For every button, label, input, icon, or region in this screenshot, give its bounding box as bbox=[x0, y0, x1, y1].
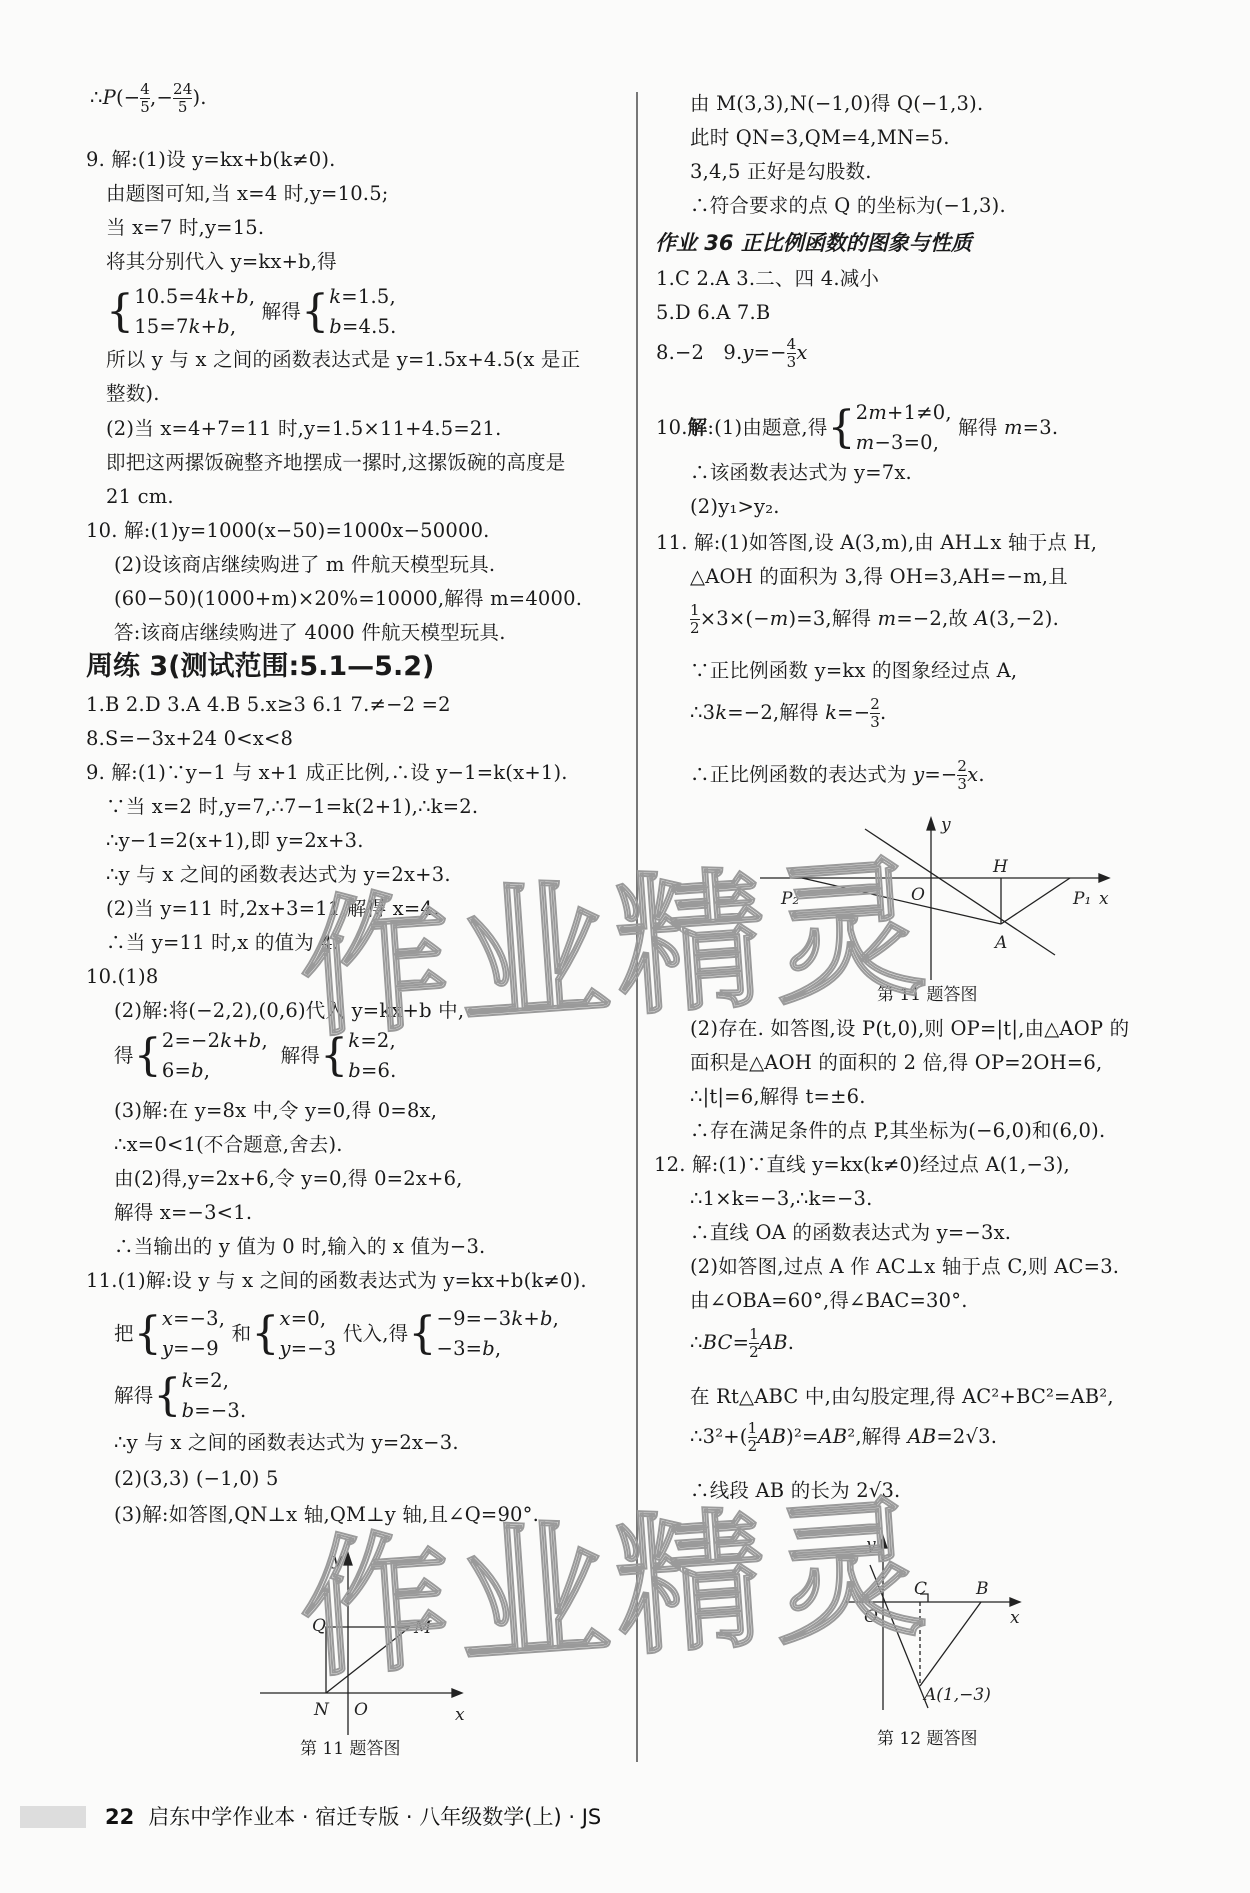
answer-line: 答:该商店继续购进了 4000 件航天模型玩具. bbox=[114, 620, 506, 646]
answer-line: 当 x=7 时,y=15. bbox=[106, 215, 264, 241]
answer-line: 面积是△AOH 的面积的 2 倍,得 OP=2OH=6, bbox=[690, 1050, 1102, 1076]
answer-line: (3)解:如答图,QN⊥x 轴,QM⊥y 轴,且∠Q=90°. bbox=[114, 1502, 539, 1528]
answer-line: 整数). bbox=[106, 381, 160, 407]
footer-decoration bbox=[20, 1806, 86, 1828]
equation-system: 得{2=−2k+b,6=b, 解得{k=2,b=6. bbox=[114, 1030, 397, 1082]
svg-text:M: M bbox=[413, 1618, 432, 1638]
answer-line: ∴y 与 x 之间的函数表达式为 y=2x−3. bbox=[114, 1430, 459, 1456]
answer-line: ∴符合要求的点 Q 的坐标为(−1,3). bbox=[690, 193, 1006, 219]
answer-line: ∴|t|=6,解得 t=±6. bbox=[690, 1084, 866, 1110]
answer-line: ∴线段 AB 的长为 2√3. bbox=[690, 1478, 900, 1504]
svg-text:x: x bbox=[1010, 1608, 1020, 1628]
svg-text:B: B bbox=[975, 1579, 989, 1599]
answer-line: ∴当 y=11 时,x 的值为 4. bbox=[106, 930, 339, 956]
column-divider bbox=[636, 92, 638, 1762]
book-title: 启东中学作业本 · 宿迁专版 · 八年级数学(上) · JS bbox=[148, 1805, 601, 1829]
answer-line: ∴直线 OA 的函数表达式为 y=−3x. bbox=[690, 1220, 1011, 1246]
answer-line: ∴该函数表达式为 y=7x. bbox=[690, 460, 912, 486]
answer-line: ∴BC=12AB. bbox=[690, 1326, 794, 1361]
answer-line: (2)当 y=11 时,2x+3=11,解得 x=4. bbox=[106, 896, 439, 922]
answer-line: 由 M(3,3),N(−1,0)得 Q(−1,3). bbox=[690, 91, 983, 117]
answer-line: (2)如答图,过点 A 作 AC⊥x 轴于点 C,则 AC=3. bbox=[690, 1254, 1119, 1280]
choice-answers: 5.D 6.A 7.B bbox=[656, 300, 770, 326]
figure-11-left: y Q M N O x bbox=[250, 1545, 480, 1735]
section-title: 作业 36 正比例函数的图象与性质 bbox=[655, 229, 972, 257]
answer-line: △AOH 的面积为 3,得 OH=3,AH=−m,且 bbox=[690, 564, 1068, 590]
answer-line: ∵当 x=2 时,y=7,∴7−1=k(2+1),∴k=2. bbox=[106, 794, 478, 820]
figure-caption: 第 12 题答图 bbox=[877, 1728, 977, 1750]
svg-text:H: H bbox=[992, 857, 1009, 877]
svg-text:y: y bbox=[940, 815, 951, 835]
equation-system: 解得{k=2,b=−3. bbox=[114, 1370, 246, 1422]
answer-line: ∴P(−45,−245). bbox=[90, 81, 207, 116]
svg-text:O: O bbox=[354, 1700, 368, 1720]
answer-line: ∴存在满足条件的点 P,其坐标为(−6,0)和(6,0). bbox=[690, 1118, 1105, 1144]
answer-line: (2)设该商店继续购进了 m 件航天模型玩具. bbox=[114, 552, 495, 578]
answer-line: ∴y 与 x 之间的函数表达式为 y=2x+3. bbox=[106, 862, 451, 888]
answer-line: 10. 解:(1)y=1000(x−50)=1000x−50000. bbox=[86, 518, 490, 544]
answer-line: 9. 解:(1)设 y=kx+b(k≠0). bbox=[86, 147, 336, 173]
answer-line: (3)解:在 y=8x 中,令 y=0,得 0=8x, bbox=[114, 1098, 437, 1124]
svg-text:y: y bbox=[865, 1535, 876, 1555]
answer-line: ∴正比例函数的表达式为 y=−23x. bbox=[690, 758, 985, 793]
answer-line: 在 Rt△ABC 中,由勾股定理,得 AC²+BC²=AB², bbox=[690, 1384, 1114, 1410]
answer-line: 9. 解:(1)∵y−1 与 x+1 成正比例,∴设 y−1=k(x+1). bbox=[86, 760, 568, 786]
answer-line: (60−50)(1000+m)×20%=10000,解得 m=4000. bbox=[114, 586, 582, 612]
answer-line: (2)解:将(−2,2),(0,6)代入 y=kx+b 中, bbox=[114, 998, 464, 1024]
svg-text:y: y bbox=[331, 1550, 342, 1570]
answer-line: 3,4,5 正好是勾股数. bbox=[690, 159, 872, 185]
answer-line: 此时 QN=3,QM=4,MN=5. bbox=[690, 125, 950, 151]
answer-line: ∴3²+(12AB)²=AB²,解得 AB=2√3. bbox=[690, 1420, 997, 1455]
svg-text:N: N bbox=[313, 1700, 330, 1720]
answer-line: 21 cm. bbox=[106, 484, 174, 510]
answer-line: ∴1×k=−3,∴k=−3. bbox=[690, 1186, 873, 1212]
page-number: 22 bbox=[105, 1805, 134, 1829]
svg-text:C: C bbox=[914, 1579, 927, 1599]
answer-line: 11. 解:(1)如答图,设 A(3,m),由 AH⊥x 轴于点 H, bbox=[656, 530, 1097, 556]
svg-text:P₂: P₂ bbox=[780, 889, 799, 909]
workbook-page: ∴P(−45,−245). 9. 解:(1)设 y=kx+b(k≠0). 由题图… bbox=[0, 0, 1250, 1893]
svg-text:O: O bbox=[911, 885, 925, 905]
answer-line: (2)y₁>y₂. bbox=[690, 494, 780, 520]
answer-line: 12. 解:(1)∵直线 y=kx(k≠0)经过点 A(1,−3), bbox=[654, 1152, 1070, 1178]
choice-answers: 1.C 2.A 3.二、四 4.减小 bbox=[656, 266, 879, 292]
choice-answers: 1.B 2.D 3.A 4.B 5.x≥3 6.1 7.≠−2 =2 bbox=[86, 692, 451, 718]
answer-line: ∴x=0<1(不合题意,舍去). bbox=[114, 1132, 343, 1158]
answer-line: (2)(3,3) (−1,0) 5 bbox=[114, 1466, 279, 1492]
section-title: 周练 3(测试范围:5.1—5.2) bbox=[86, 650, 434, 684]
equation-system: 把{x=−3,y=−9 和{x=0,y=−3 代入,得{−9=−3k+b,−3=… bbox=[114, 1308, 559, 1360]
answer-line: 即把这两摞饭碗整齐地摆成一摞时,这摞饭碗的高度是 bbox=[106, 450, 566, 476]
answer-line: 所以 y 与 x 之间的函数表达式是 y=1.5x+4.5(x 是正 bbox=[106, 347, 580, 373]
svg-text:O: O bbox=[864, 1607, 878, 1627]
svg-text:Q: Q bbox=[312, 1616, 326, 1636]
svg-text:A(1,−3): A(1,−3) bbox=[922, 1685, 991, 1705]
answer-line: ∴当输出的 y 值为 0 时,输入的 x 值为−3. bbox=[114, 1234, 485, 1260]
answer-line: 将其分别代入 y=kx+b,得 bbox=[106, 249, 337, 275]
answer-line: ∴3k=−2,解得 k=−23. bbox=[690, 696, 886, 731]
choice-answers: 8.S=−3x+24 0<x<8 bbox=[86, 726, 293, 752]
equation-system: 10.解:(1)由题意,得{2m+1≠0,m−3=0, 解得 m=3. bbox=[656, 402, 1058, 454]
answer-line: (2)存在. 如答图,设 P(t,0),则 OP=|t|,由△AOP 的 bbox=[690, 1016, 1129, 1042]
answer-line: 由题图可知,当 x=4 时,y=10.5; bbox=[106, 181, 389, 207]
answer-line: 解得 x=−3<1. bbox=[114, 1200, 252, 1226]
figure-caption: 第 11 题答图 bbox=[300, 1738, 400, 1760]
figure-11-right: y H O P₂ P₁ x A bbox=[755, 812, 1115, 982]
answer-line: (2)当 x=4+7=11 时,y=1.5×11+4.5=21. bbox=[106, 416, 501, 442]
svg-text:x: x bbox=[1099, 889, 1109, 909]
choice-answers: 8.−2 9.y=−43x bbox=[656, 336, 808, 371]
figure-caption: 第 11 题答图 bbox=[877, 984, 977, 1006]
page-footer: 22启东中学作业本 · 宿迁专版 · 八年级数学(上) · JS bbox=[105, 1803, 601, 1831]
answer-line: 由(2)得,y=2x+6,令 y=0,得 0=2x+6, bbox=[114, 1166, 463, 1192]
svg-text:P₁: P₁ bbox=[1072, 889, 1091, 909]
answer-line: 11.(1)解:设 y 与 x 之间的函数表达式为 y=kx+b(k≠0). bbox=[86, 1268, 587, 1294]
answer-line: ∵正比例函数 y=kx 的图象经过点 A, bbox=[690, 658, 1017, 684]
svg-text:A: A bbox=[993, 933, 1007, 953]
answer-line: 12×3×(−m)=3,解得 m=−2,故 A(3,−2). bbox=[690, 602, 1059, 637]
figure-12: y C B O x A(1,−3) bbox=[838, 1530, 1038, 1720]
svg-text:x: x bbox=[455, 1705, 465, 1725]
answer-line: 由∠OBA=60°,得∠BAC=30°. bbox=[690, 1288, 968, 1314]
answer-line: 10.(1)8 bbox=[86, 964, 158, 990]
equation-system: {10.5=4k+b,15=7k+b, 解得{k=1.5,b=4.5. bbox=[106, 286, 397, 338]
answer-line: ∴y−1=2(x+1),即 y=2x+3. bbox=[106, 828, 364, 854]
